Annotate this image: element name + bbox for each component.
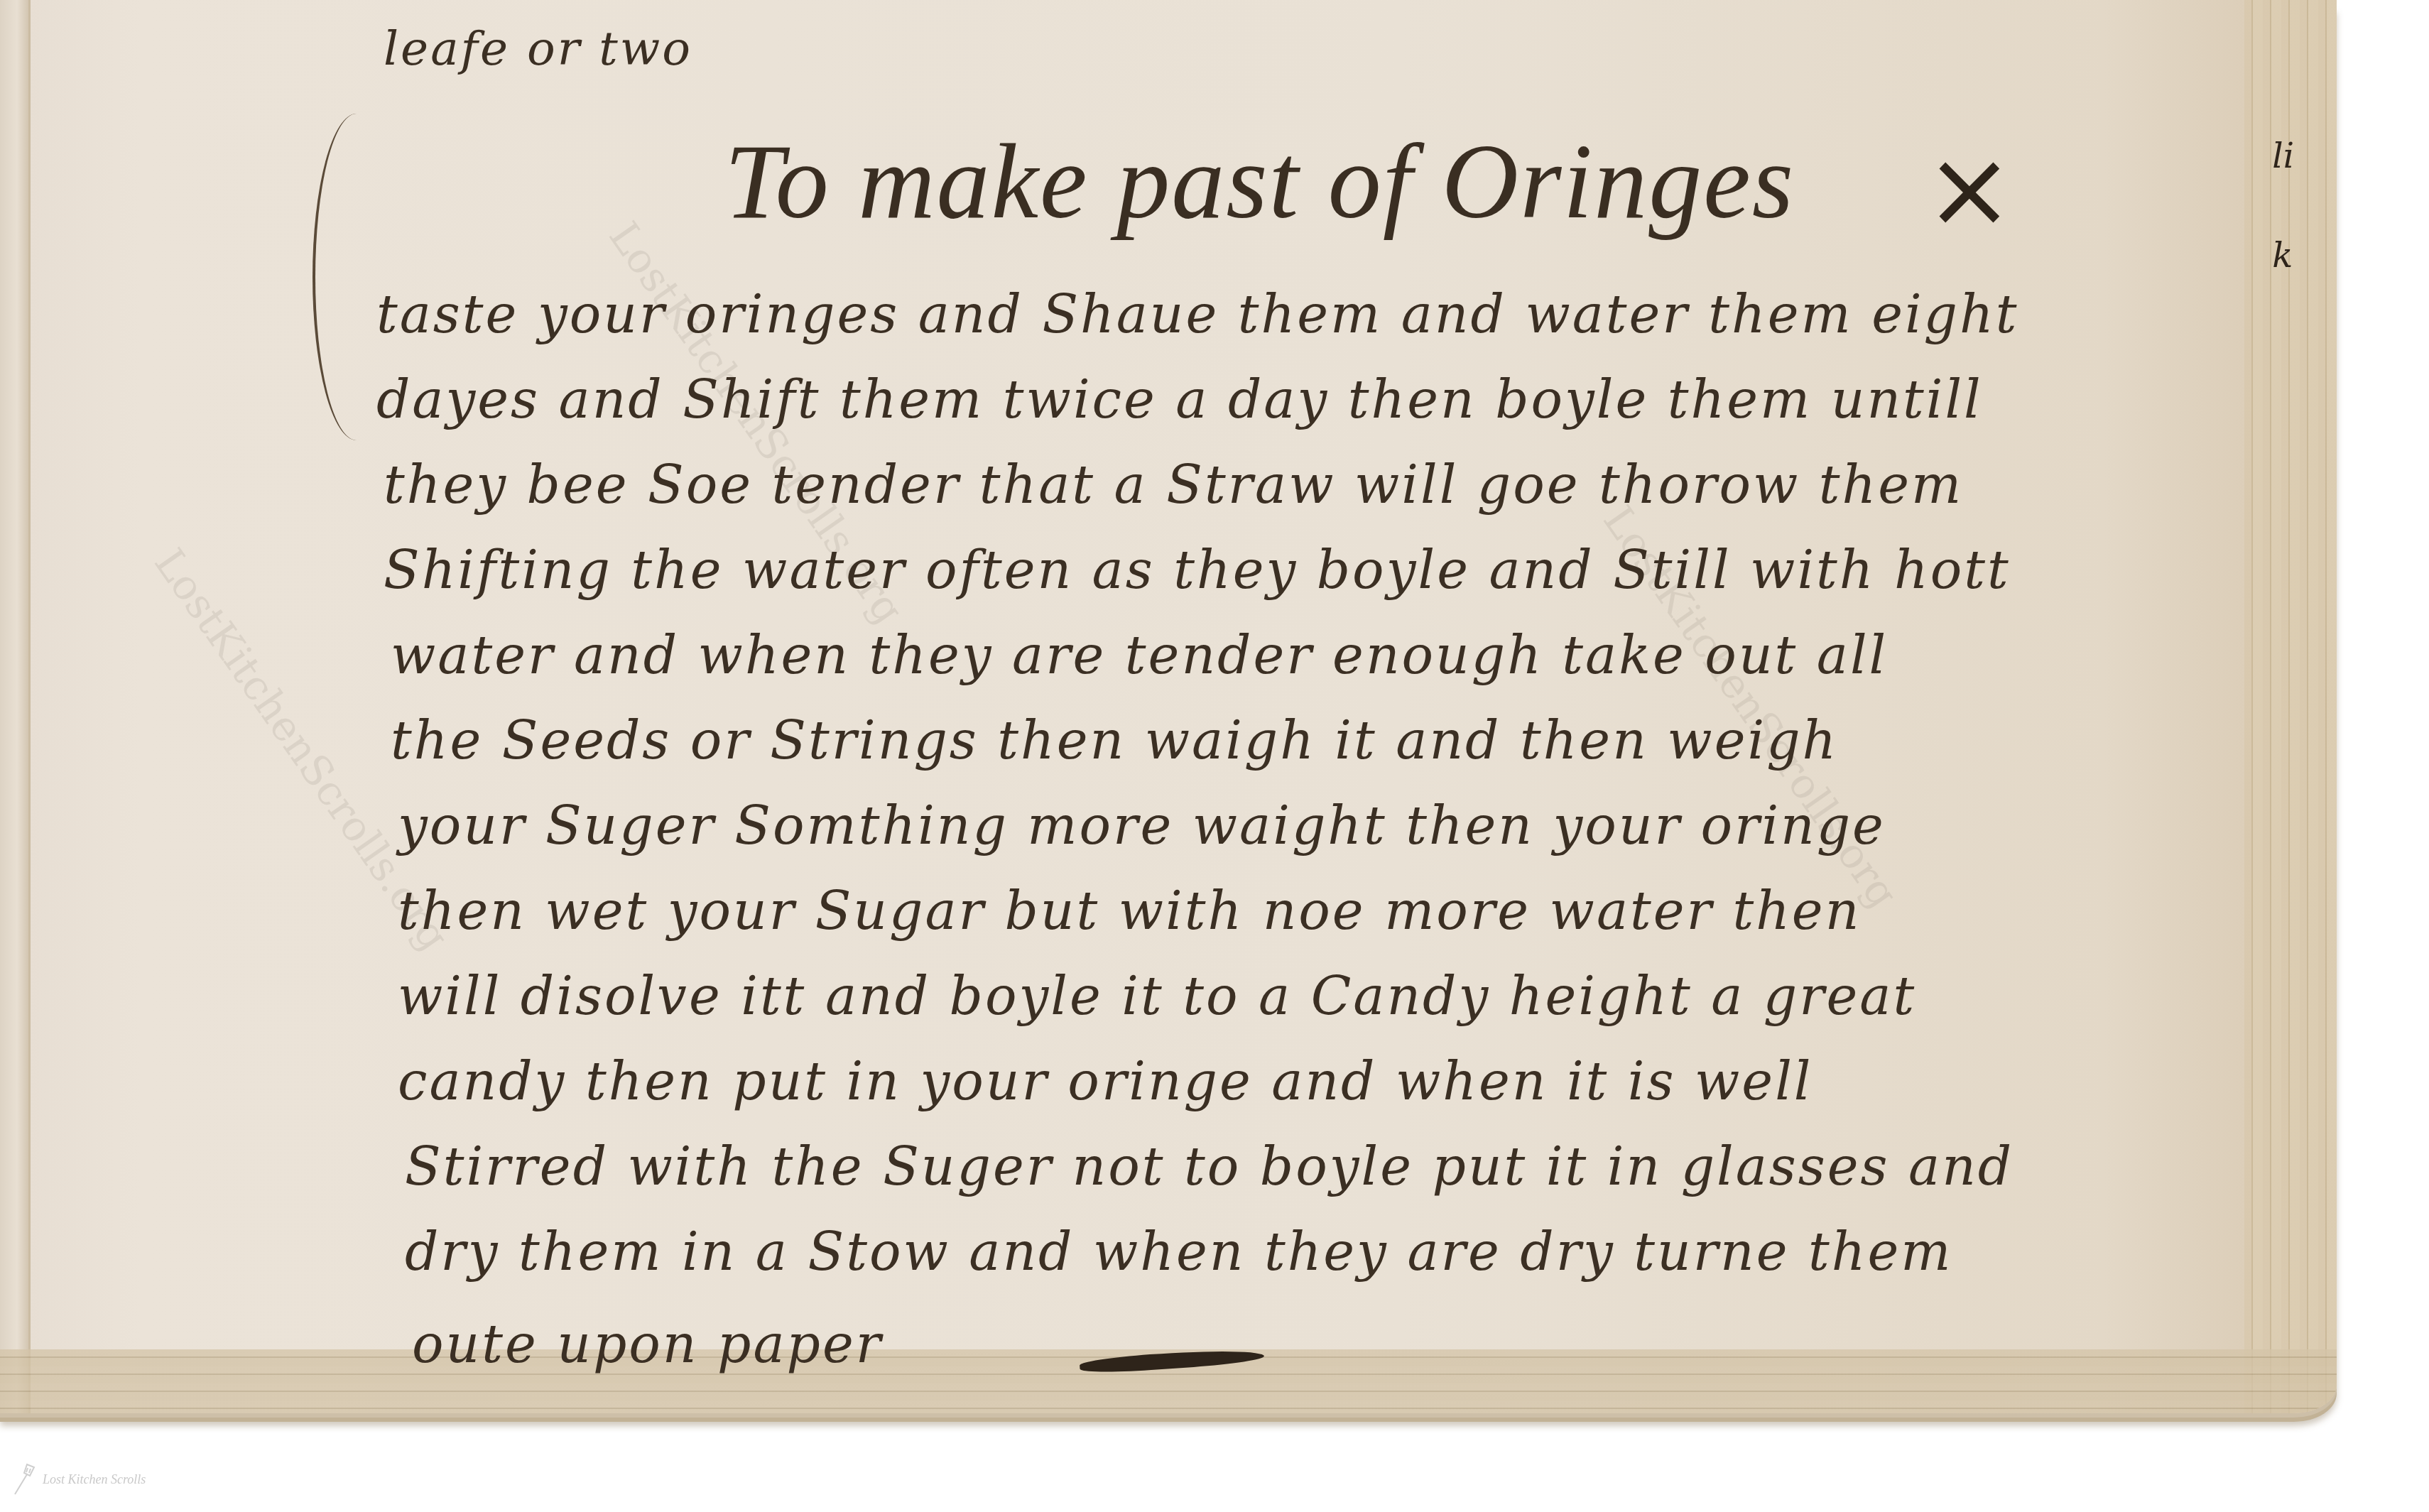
margin-letters: li k (2272, 107, 2294, 305)
credit-label: Lost Kitchen Scrolls (43, 1472, 146, 1487)
body-line: dayes and Shift them twice a day then bo… (376, 369, 1983, 430)
cross-mark-icon: × (1925, 128, 2014, 251)
body-line: dry them in a Stow and when they are dry… (405, 1222, 1952, 1283)
body-line: they bee Soe tender that a Straw will go… (384, 455, 1963, 516)
carryover-text: leafe or two (384, 21, 692, 76)
margin-letter: li (2272, 107, 2294, 206)
manuscript-page: LostKitchenScrolls.org LostKitchenScroll… (0, 0, 2337, 1413)
body-line: taste your oringes and Shaue them and wa… (376, 284, 2018, 345)
body-line: then wet your Sugar but with noe more wa… (398, 881, 1861, 942)
site-credit: Lost Kitchen Scrolls (13, 1463, 146, 1496)
recipe-title: To make past of Oringes (724, 121, 1795, 243)
body-line: your Suger Somthing more waight then you… (398, 795, 1886, 856)
body-line: the Seeds or Strings then waigh it and t… (391, 710, 1838, 771)
body-line: Stirred with the Suger not to boyle put … (405, 1136, 2014, 1197)
book-gutter (0, 0, 31, 1413)
spatula-icon (13, 1463, 36, 1496)
body-line: water and when they are tender enough ta… (391, 625, 1888, 686)
body-line: candy then put in your oringe and when i… (398, 1051, 1813, 1112)
margin-letter: k (2272, 206, 2294, 305)
body-line: will disolve itt and boyle it to a Candy… (398, 966, 1916, 1027)
body-line: Shifting the water often as they boyle a… (384, 540, 2011, 601)
body-line: oute upon paper (412, 1314, 883, 1375)
